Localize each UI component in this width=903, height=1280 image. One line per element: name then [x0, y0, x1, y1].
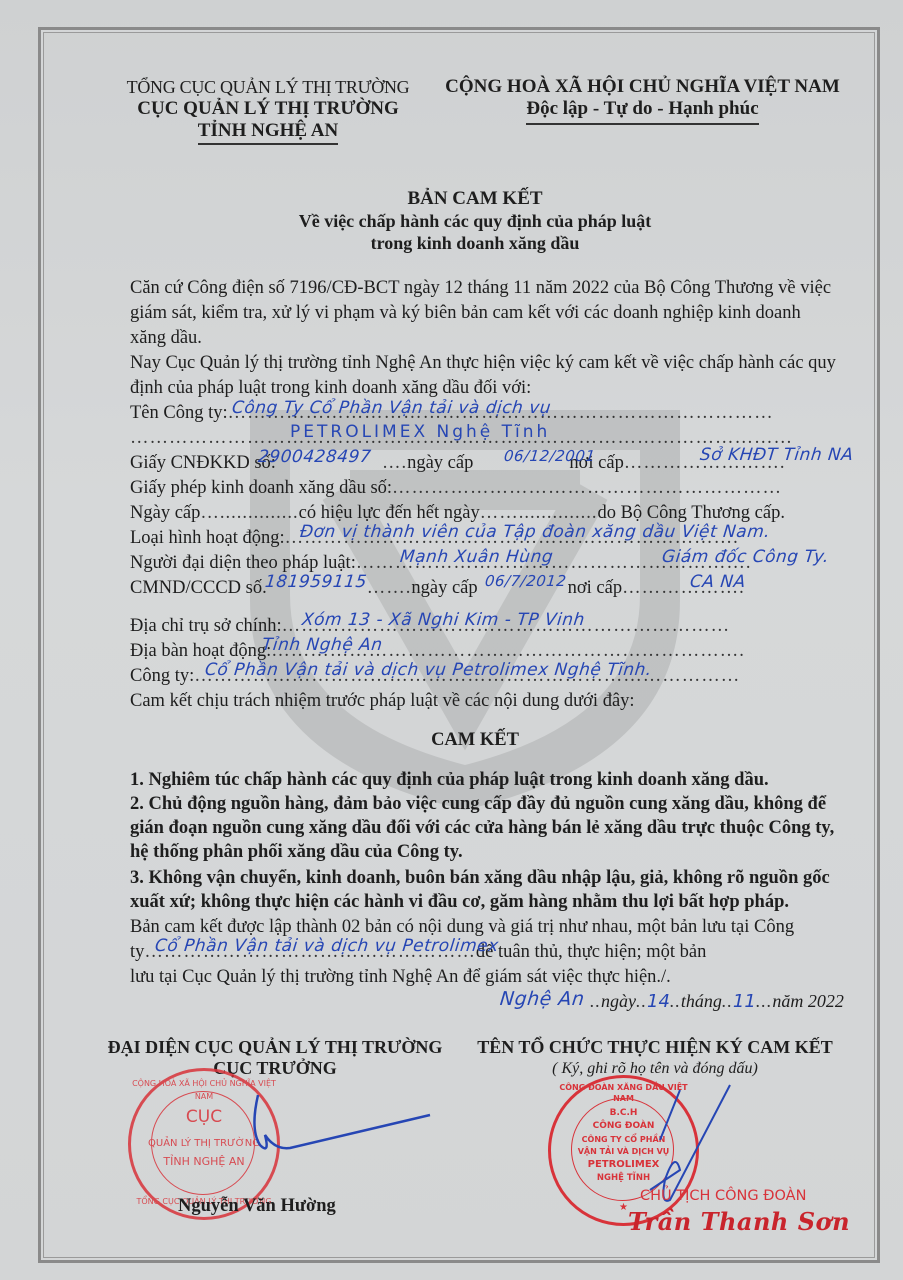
- business-cert-issued-place: Sở KHĐT Tỉnh NA: [699, 445, 855, 465]
- sig-right-note: ( Ký, ghi rõ họ tên và đóng dấu): [460, 1058, 850, 1079]
- signer-right-name: Trần Thanh Sơn: [628, 1207, 850, 1236]
- commitment-item-1: 1. Nghiêm túc chấp hành các quy định của…: [130, 768, 845, 792]
- signature-left-icon: [230, 1090, 440, 1170]
- agency-line3: TỈNH NGHỆ AN: [108, 120, 428, 142]
- operating-area-value: Tỉnh Nghệ An: [261, 635, 384, 655]
- document-title: BẢN CAM KẾT Về việc chấp hành các quy đị…: [100, 188, 850, 254]
- agency-line2: CỤC QUẢN LÝ THỊ TRƯỜNG: [108, 98, 428, 120]
- signature-block-left: ĐẠI DIỆN CỤC QUẢN LÝ THỊ TRƯỜNG CỤC TRƯỞ…: [95, 1037, 455, 1079]
- title-sub1: Về việc chấp hành các quy định của pháp …: [100, 210, 850, 232]
- nation-line1: CỘNG HOÀ XÃ HỘI CHỦ NGHĨA VIỆT NAM: [445, 76, 840, 98]
- title-sub2: trong kinh doanh xăng dầu: [100, 232, 850, 254]
- legal-rep-name: Mạnh Xuân Hùng: [399, 547, 554, 567]
- company-name-value-line2: PETROLIMEX Nghệ Tĩnh: [290, 422, 550, 442]
- sig-left-title2: CỤC TRƯỞNG: [95, 1058, 455, 1079]
- company-value: Cổ Phần Vận tải và dịch vụ Petrolimex Ng…: [204, 660, 653, 680]
- commitment-item-3: 3. Không vận chuyển, kinh doanh, buôn bá…: [130, 866, 845, 914]
- national-header: CỘNG HOÀ XÃ HỘI CHỦ NGHĨA VIỆT NAM Độc l…: [445, 76, 840, 125]
- signer-right-position: CHỦ TỊCH CÔNG ĐOÀN: [640, 1188, 806, 1204]
- agency-header: TỔNG CỤC QUẢN LÝ THỊ TRƯỜNG CỤC QUẢN LÝ …: [108, 76, 428, 142]
- sig-left-title1: ĐẠI DIỆN CỤC QUẢN LÝ THỊ TRƯỜNG: [95, 1037, 455, 1058]
- signer-left-name: Nguyễn Văn Hường: [178, 1196, 336, 1217]
- commitment-item-2: 2. Chủ động nguồn hàng, đảm bảo việc cun…: [130, 792, 845, 864]
- company-name-value-line1: Công Ty Cổ Phần Vận tải và dịch vụ: [231, 398, 552, 418]
- date-place: Nghệ An: [499, 988, 586, 1010]
- hq-address-value: Xóm 13 - Xã Nghi Kim - TP Vinh: [301, 610, 586, 630]
- closing-line3: lưu tại Cục Quản lý thị trường tỉnh Nghệ…: [130, 965, 845, 990]
- commit-intro: Cam kết chịu trách nhiệm trước pháp luật…: [130, 689, 840, 714]
- intro-paragraph-1: Căn cứ Công điện số 7196/CĐ-BCT ngày 12 …: [130, 276, 840, 351]
- agency-line1: TỔNG CỤC QUẢN LÝ THỊ TRƯỜNG: [108, 76, 428, 98]
- signature-block-right: TÊN TỔ CHỨC THỰC HIỆN KÝ CAM KẾT ( Ký, g…: [460, 1037, 850, 1079]
- commitments-title: CAM KẾT: [100, 730, 850, 751]
- closing-company-value: Cổ Phần Vận tải và dịch vụ Petrolimex: [154, 936, 500, 956]
- nation-motto: Độc lập - Tự do - Hạnh phúc: [526, 98, 758, 125]
- operation-type-value: Đơn vị thành viên của Tập đoàn xăng dầu …: [299, 522, 771, 542]
- legal-rep-position: Giám đốc Công Ty.: [661, 547, 830, 567]
- field-fuel-license: Giấy phép kinh doanh xăng dầu số:……………………: [130, 476, 840, 501]
- intro-paragraph-2: Nay Cục Quản lý thị trường tỉnh Nghệ An …: [130, 351, 840, 401]
- title-main: BẢN CAM KẾT: [100, 188, 850, 210]
- business-cert-number: 2900428497: [257, 447, 372, 467]
- id-card-issued-date: 06/7/2012: [484, 572, 567, 590]
- business-cert-issued-date: 06/12/2001: [503, 447, 596, 465]
- id-card-number: 181959115: [264, 572, 368, 592]
- id-card-issued-place: CA NA: [689, 572, 747, 592]
- date-line: ..ngày..14..tháng..11...năm 2022: [590, 991, 844, 1012]
- sig-right-title: TÊN TỔ CHỨC THỰC HIỆN KÝ CAM KẾT: [460, 1037, 850, 1058]
